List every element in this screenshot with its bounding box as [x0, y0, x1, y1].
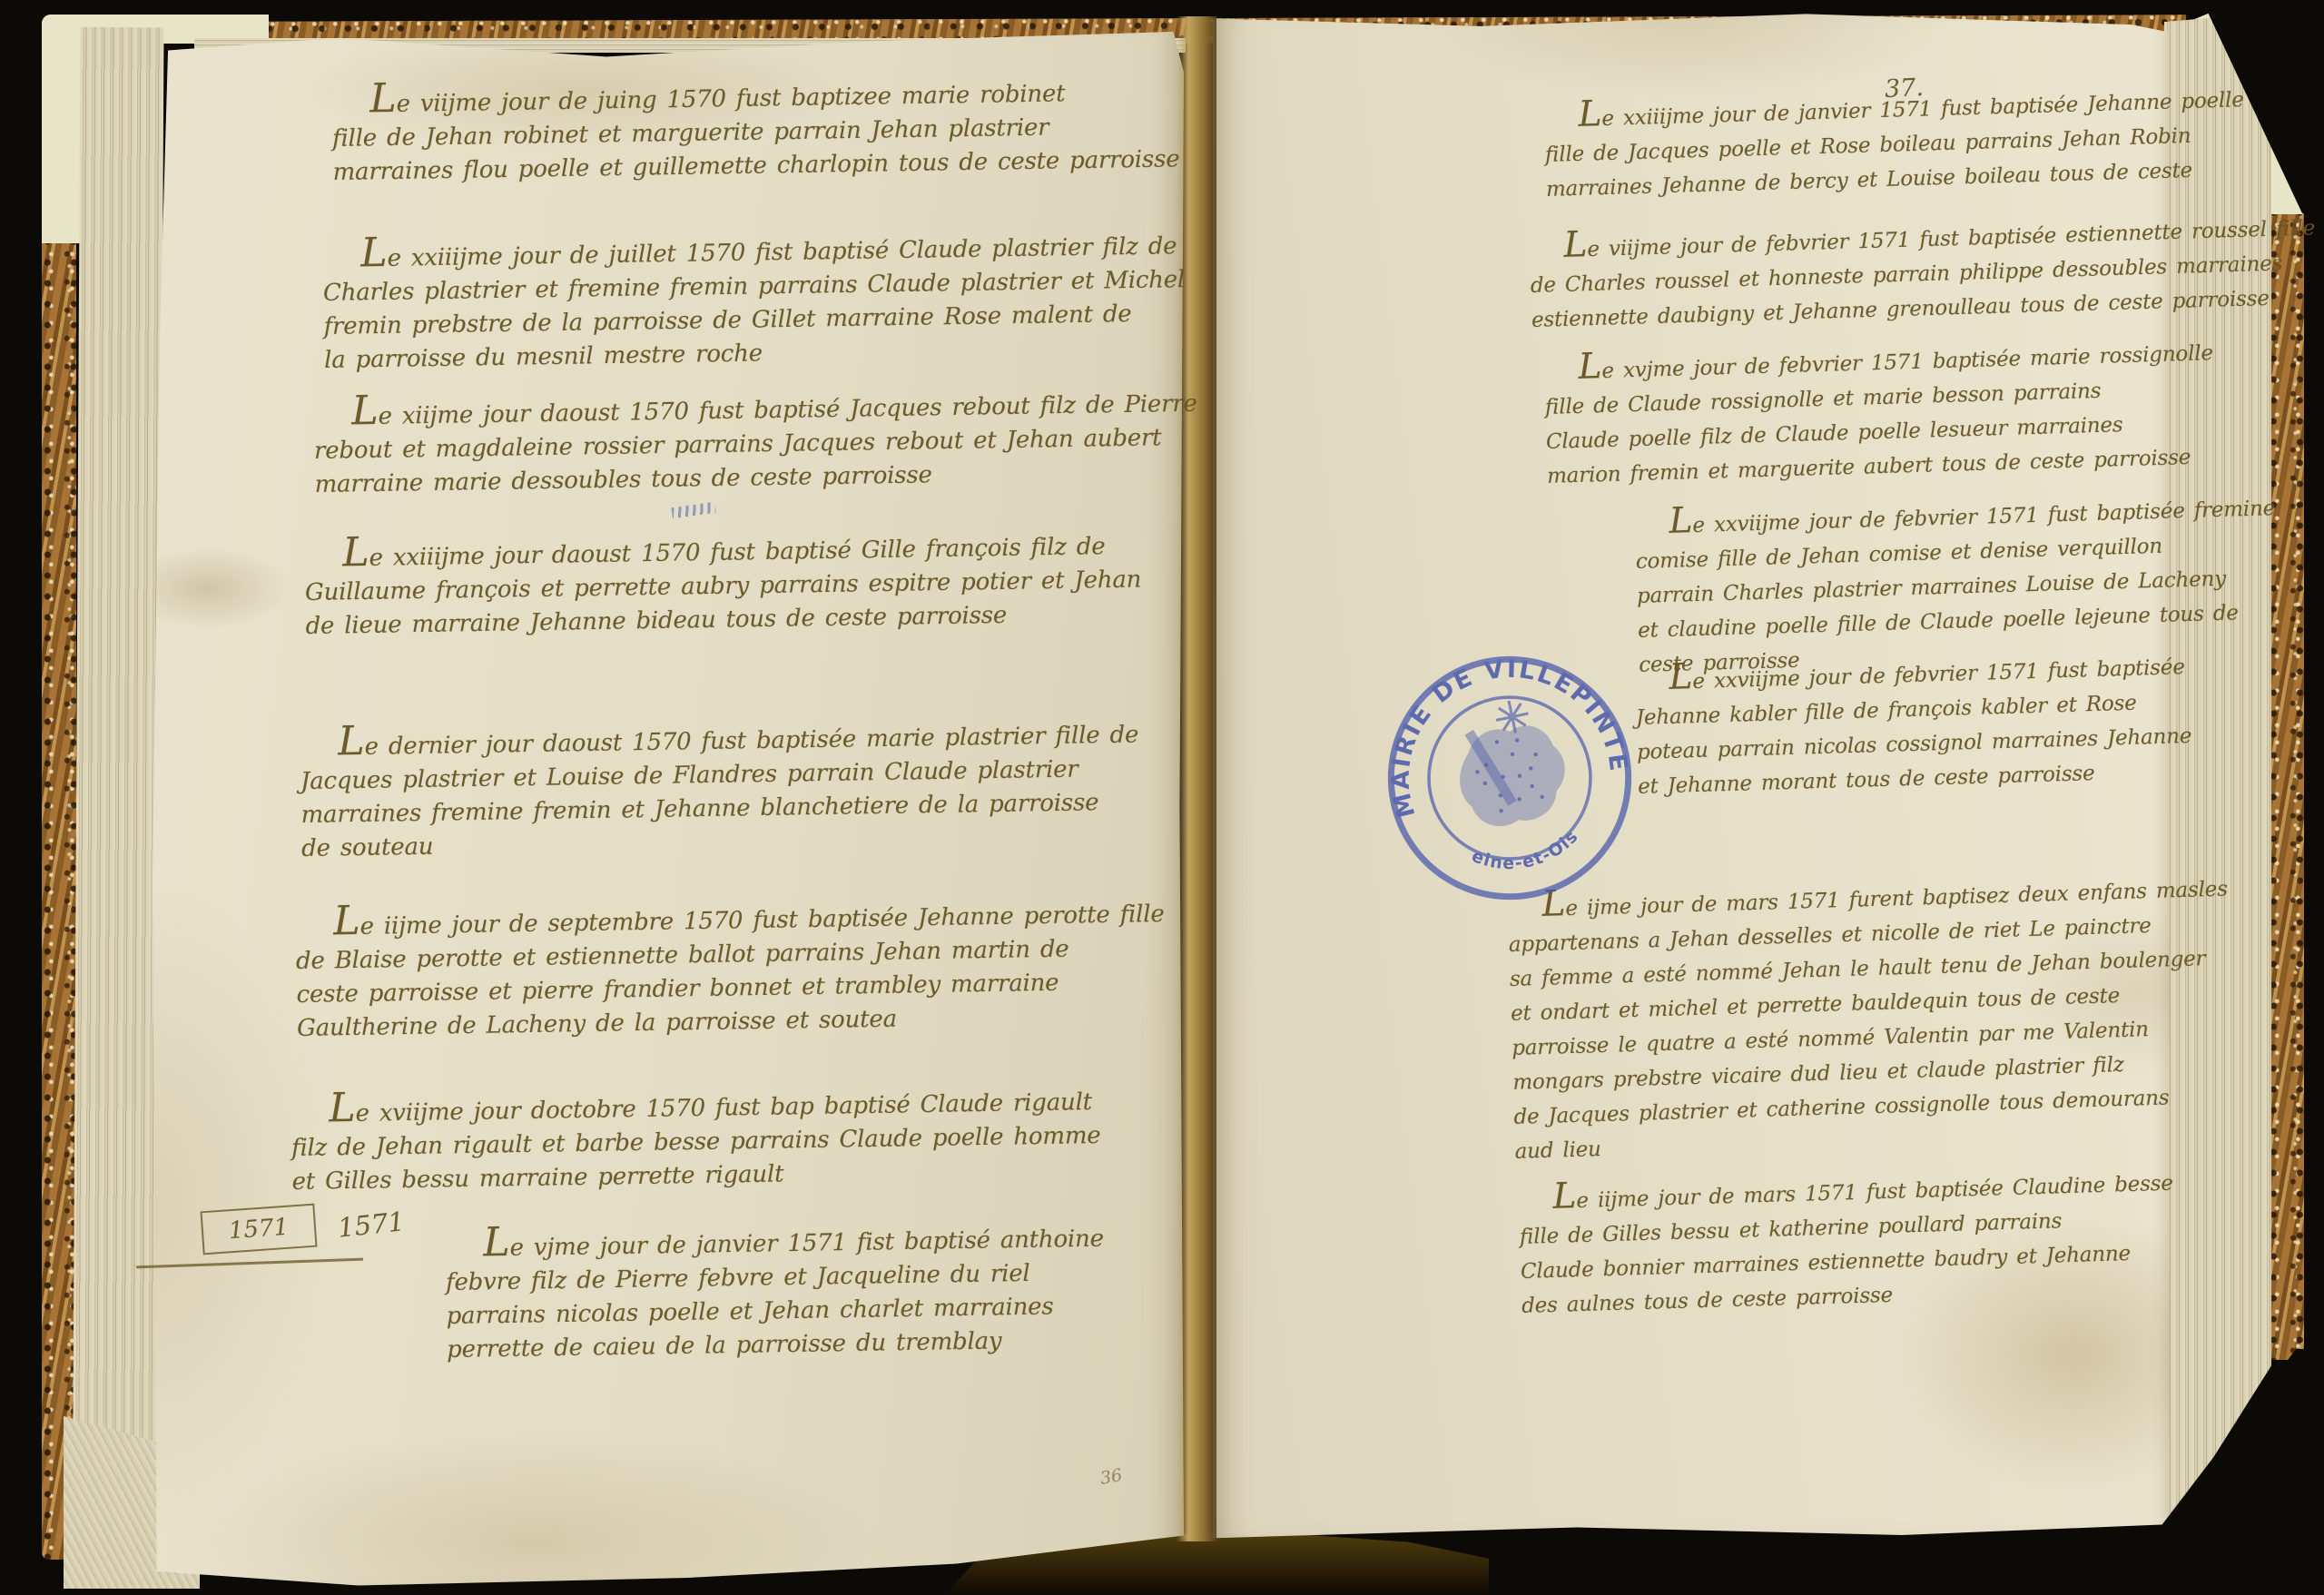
left-page-bottom-mark: 36 — [1098, 1465, 1124, 1489]
baptism-entry-left-6: Le iijme jour de septembre 1570 fust bap… — [295, 889, 1167, 1046]
baptism-entry-right-1: Le xxiiijme jour de janvier 1571 fust ba… — [1543, 77, 2246, 207]
page-edges-left-stack — [73, 27, 164, 1585]
baptism-entry-left-5: Le dernier jour daoust 1570 fust baptisé… — [300, 709, 1140, 865]
baptism-entry-right-2: Le viijme jour de febvrier 1571 fust bap… — [1529, 205, 2318, 338]
baptism-entry-right-6: Le ijme jour de mars 1571 furent baptise… — [1507, 866, 2235, 1168]
baptism-entry-left-3: Le xiijme jour daoust 1570 fust baptisé … — [313, 379, 1198, 502]
background-strip-bottom — [1489, 1538, 2179, 1595]
villepinte-stamp: * MAIRIE DE VILLEPINTE * ( Seine-et-Oise… — [1360, 628, 1659, 928]
book: Le viijme jour de juing 1570 fust baptiz… — [0, 0, 2324, 1595]
baptism-entry-left-4: Le xxiiijme jour daoust 1570 fust baptis… — [304, 521, 1142, 644]
baptism-entry-left-8: Le vjme jour de janvier 1571 fist baptis… — [445, 1214, 1106, 1367]
cover-marble-left-edge — [42, 234, 76, 1560]
baptism-entry-right-5: Le xxviijme jour de febvrier 1571 fust b… — [1634, 645, 2193, 804]
baptism-entry-left-1: Le viijme jour de juing 1570 fust baptiz… — [331, 66, 1180, 190]
margin-note-1571-boxed: 1571 — [200, 1204, 317, 1255]
baptism-entry-right-3: Le xvjme jour de febvrier 1571 baptisée … — [1543, 330, 2217, 494]
cover-marble-right-edge — [2268, 205, 2304, 1360]
baptism-entry-left-2: Le xxiiijme jour de juillet 1570 fist ba… — [322, 221, 1186, 378]
baptism-entry-right-7: Le iijme jour de mars 1571 fust baptisée… — [1518, 1161, 2177, 1324]
baptism-entry-left-7: Le xviijme jour doctobre 1570 fust bap b… — [290, 1077, 1101, 1199]
